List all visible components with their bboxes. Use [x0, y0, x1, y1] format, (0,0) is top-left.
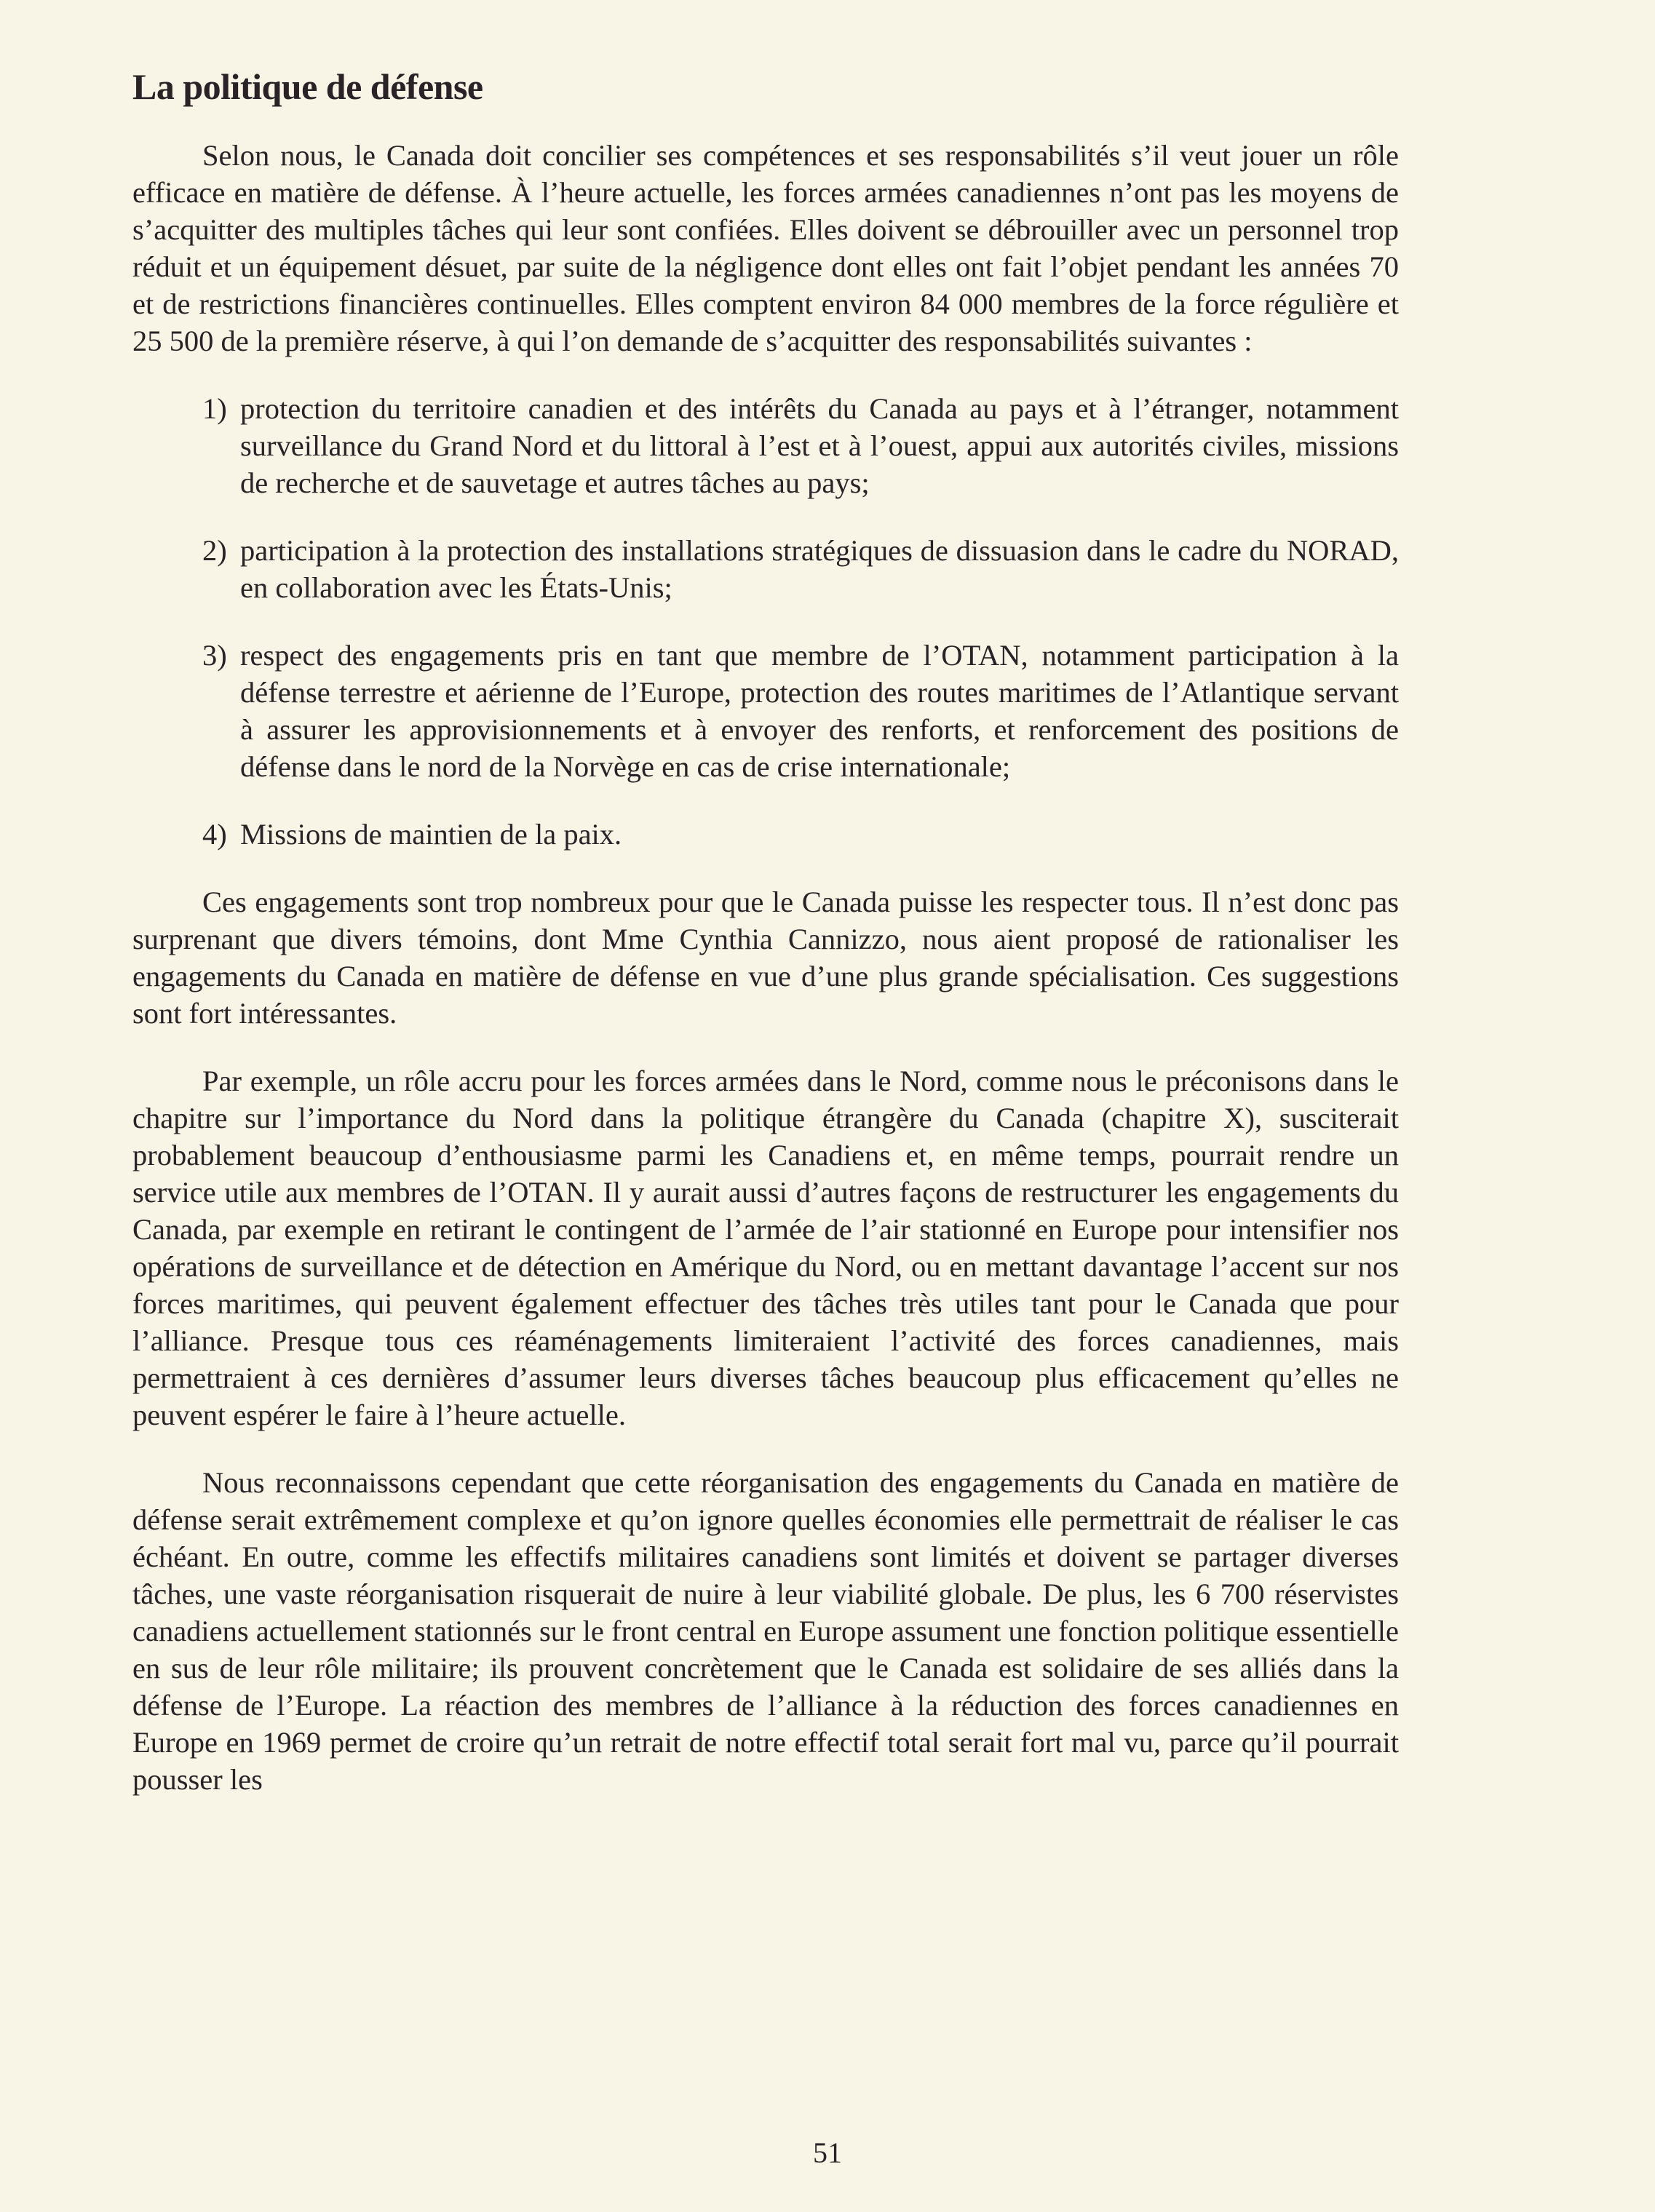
list-item: 4)Missions de maintien de la paix. — [132, 816, 1399, 853]
list-number: 3) — [202, 637, 227, 674]
list-item: 1)protection du territoire canadien et d… — [132, 390, 1399, 501]
paragraph-reorganisation: Nous reconnaissons cependant que cette r… — [132, 1464, 1399, 1798]
paragraph-intro: Selon nous, le Canada doit concilier ses… — [132, 137, 1399, 359]
responsibilities-list: 1)protection du territoire canadien et d… — [132, 390, 1399, 853]
list-text: participation à la protection des instal… — [240, 534, 1399, 604]
list-text: protection du territoire canadien et des… — [240, 392, 1399, 499]
list-number: 2) — [202, 532, 227, 569]
list-text: Missions de maintien de la paix. — [240, 818, 622, 851]
list-item: 3)respect des engagements pris en tant q… — [132, 637, 1399, 785]
document-page: La politique de défense Selon nous, le C… — [132, 65, 1399, 1829]
list-number: 4) — [202, 816, 227, 853]
paragraph-commitments: Ces engagements sont trop nombreux pour … — [132, 883, 1399, 1032]
list-number: 1) — [202, 390, 227, 427]
paragraph-example: Par exemple, un rôle accru pour les forc… — [132, 1062, 1399, 1433]
page-number: 51 — [0, 2136, 1655, 2170]
list-text: respect des engagements pris en tant que… — [240, 639, 1399, 783]
section-heading: La politique de défense — [132, 65, 1399, 108]
list-item: 2)participation à la protection des inst… — [132, 532, 1399, 606]
